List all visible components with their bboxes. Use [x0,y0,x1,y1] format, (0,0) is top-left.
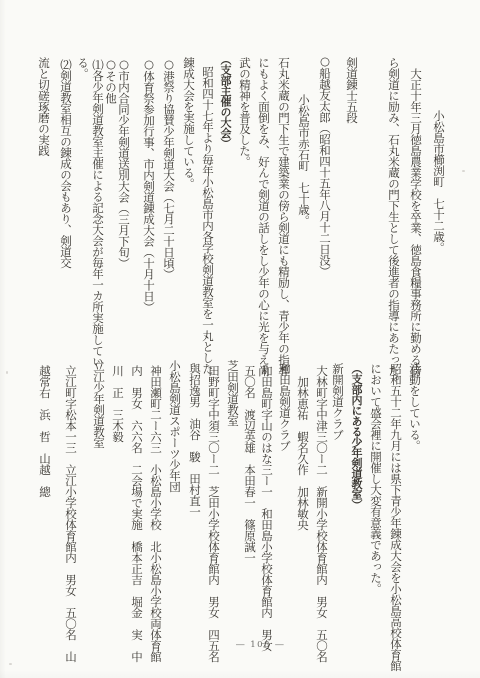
text-column: 越常右 浜 哲 山越 總 [38,365,51,497]
text-column: 和田島町字山のはな三ー一 和田島小学校体育館内 男女 [260,365,273,651]
section-heading-column: （支部内にある少年剣道教室） [350,363,363,510]
text-column: 川 正 三木毅 [111,365,124,442]
text-column: 内 男女 六六名 二会場で実施 橋本正吉 堀金 実 中 [130,365,143,662]
scan-speck [6,371,8,374]
text-column: 活動をしている。 [408,363,421,451]
text-column: 神田瀬町二ー六三 小松島小学校 北小松島小学校両体育館 [149,365,162,662]
scan-speck [462,170,465,172]
lower-text-block: 活動をしている。昭和五十二年九月には県下青少年錬成大会を小松島高校体育館において… [0,0,480,678]
scanned-page: 小松島市櫛渕町 七十二歳。大正十年三月徳島農業学校を卒業、徳島食糧事務所に勤める… [0,0,480,678]
text-column: 田野町字中須三〇ー二 芝田小学校体育館内 男女 四五名 [207,365,220,662]
page-number: ― 108 ― [236,640,285,650]
text-column: 芝田剣道教室 [226,360,239,426]
text-column: 立江少年剣道教室 [92,360,105,448]
text-column: 和田島剣道クラブ [278,363,291,451]
scan-speck [9,663,12,665]
text-column: 小松島剣道スポーツ少年団 [168,360,181,492]
text-column: において盛会裡に開催し大変有意義であった。 [369,363,382,594]
text-column: 立江町字松本一三 立江小学校体育館内 男女 五〇名 山 [64,365,77,662]
text-column: 昭和五十二年九月には県下青少年錬成大会を小松島高校体育館 [389,363,402,671]
text-column: 與招逸男 油谷 駿 田村直一 [188,363,201,517]
text-column: 五〇名 渡辺英雄 本田春一 篠原誠一 [243,365,256,563]
text-column: 大林町字中津三〇ー二 新開小学校体育館内 男女 五〇名 [315,365,328,662]
text-column: 新開剣道クラブ [331,363,344,440]
text-column: 加林恵祐 蝦名久作 加林敏央 [296,376,309,530]
